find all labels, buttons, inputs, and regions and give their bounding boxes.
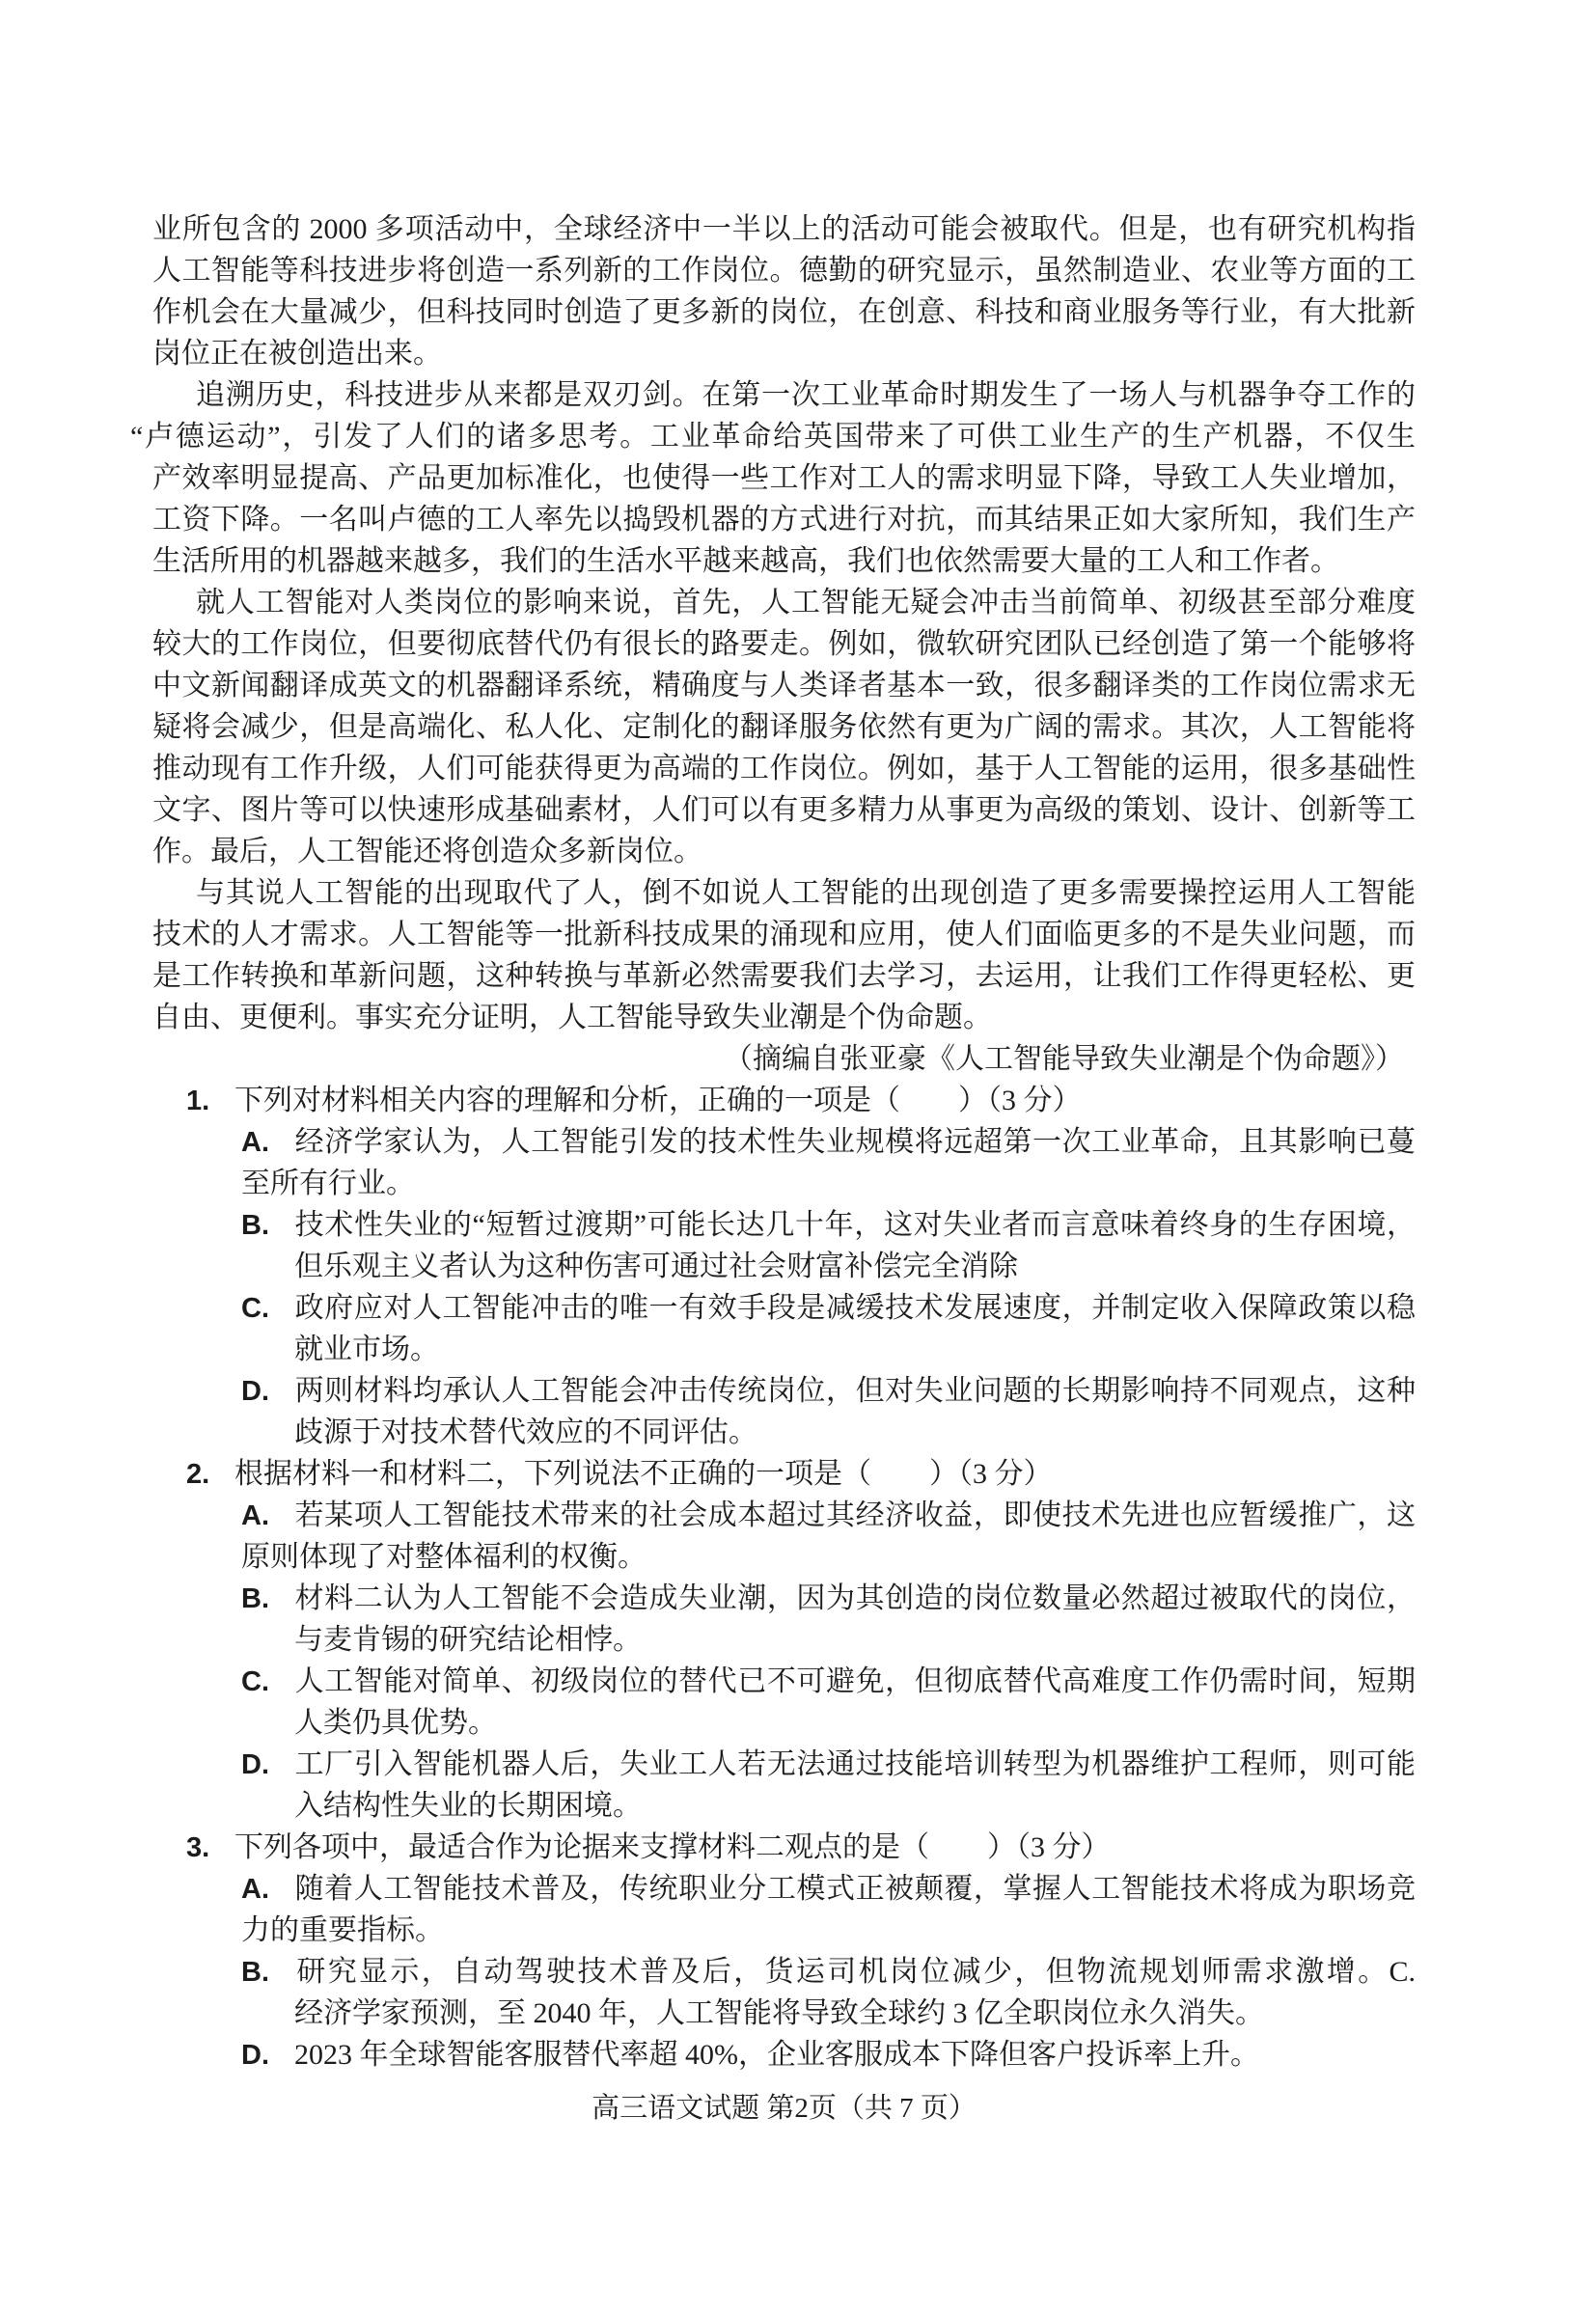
text-line: 追溯历史，科技进步从来都是双刃剑。在第一次工业革命时期发生了一场人与机器争夺工作… [152, 374, 1416, 416]
option-line: A.若某项人工智能技术带来的社会成本超过其经济收益，即使技术先进也应暂缓推广，这… [152, 1495, 1416, 1536]
text-line: 就业市场。 [152, 1329, 1416, 1370]
option-letter: B. [241, 1205, 294, 1246]
text-line: 但乐观主义者认为这种伤害可通过社会财富补偿完全消除 [152, 1246, 1416, 1287]
text-line: 作。最后，人工智能还将创造众多新岗位。 [152, 831, 1416, 872]
text-line: 与其说人工智能的出现取代了人，倒不如说人工智能的出现创造了更多需要操控运用人工智… [152, 872, 1416, 914]
text-line: 生活所用的机器越来越多，我们的生活水平越来越高，我们也依然需要大量的工人和工作者… [152, 540, 1416, 582]
text-line: 作机会在大量减少，但科技同时创造了更多新的岗位，在创意、科技和商业服务等行业，有… [152, 291, 1416, 333]
option-letter: B. [241, 1579, 294, 1619]
option-line: B.材料二认为人工智能不会造成失业潮，因为其创造的岗位数量必然超过被取代的岗位，… [152, 1578, 1416, 1619]
question-stem-line: 3.下列各项中，最适合作为论据来支撑材料二观点的是（ ）（3 分） [152, 1827, 1416, 1868]
text-line: “卢德运动”，引发了人们的诸多思考。工业革命给英国带来了可供工业生产的生产机器，… [130, 416, 1416, 457]
option-line: D.2023 年全球智能客服替代率超 40%，企业客服成本下降但客户投诉率上升。 [152, 2034, 1416, 2076]
option-line: C.政府应对人工智能冲击的唯一有效手段是减缓技术发展速度，并制定收入保障政策以稳… [152, 1287, 1416, 1329]
text-line: 技术的人才需求。人工智能等一批新科技成果的涌现和应用，使人们面临更多的不是失业问… [152, 914, 1416, 955]
option-letter: B. [241, 1952, 294, 1993]
option-letter: C. [241, 1662, 294, 1702]
text-line: 歧源于对技术替代效应的不同评估。 [152, 1412, 1416, 1453]
text-line: 人工智能等科技进步将创造一系列新的工作岗位。德勤的研究显示，虽然制造业、农业等方… [152, 250, 1416, 291]
text-line: 力的重要指标。 [152, 1910, 1416, 1951]
option-line: B.研究显示，自动驾驶技术普及后，货运司机岗位减少，但物流规划师需求激增。C. [152, 1951, 1416, 1993]
text-line: 自由、更便利。事实充分证明，人工智能导致失业潮是个伪命题。 [152, 997, 1416, 1038]
text-line: 业所包含的 2000 多项活动中，全球经济中一半以上的活动可能会被取代。但是，也… [152, 208, 1416, 250]
option-line: A.随着人工智能技术普及，传统职业分工模式正被颠覆，掌握人工智能技术将成为职场竞… [152, 1868, 1416, 1910]
option-line: D.两则材料均承认人工智能会冲击传统岗位，但对失业问题的长期影响持不同观点，这种… [152, 1370, 1416, 1412]
option-letter: D. [241, 2035, 294, 2076]
text-line: 推动现有工作升级，人们可能获得更为高端的工作岗位。例如，基于人工智能的运用，很多… [152, 748, 1416, 789]
text-line: 原则体现了对整体福利的权衡。 [152, 1536, 1416, 1578]
exam-page: 业所包含的 2000 多项活动中，全球经济中一半以上的活动可能会被取代。但是，也… [0, 0, 1596, 2310]
option-letter: A. [241, 1122, 294, 1163]
question-number: 1. [186, 1081, 234, 1122]
text-line: 人类仍具优势。 [152, 1702, 1416, 1744]
text-line: 与麦肯锡的研究结论相悖。 [152, 1619, 1416, 1661]
question-number: 3. [186, 1828, 234, 1869]
question-number: 2. [186, 1454, 234, 1496]
text-line: 文字、图片等可以快速形成基础素材，人们可以有更多精力从事更为高级的策划、设计、创… [152, 789, 1416, 831]
page-footer: 高三语文试题 第2页（共 7 页） [152, 2092, 1416, 2125]
option-letter: C. [241, 1288, 294, 1329]
option-letter: A. [241, 1869, 294, 1910]
text-line: （摘编自张亚豪《人工智能导致失业潮是个伪命题》） [152, 1038, 1416, 1080]
text-line: 岗位正在被创造出来。 [152, 333, 1416, 374]
text-line: 产效率明显提高、产品更加标准化，也使得一些工作对工人的需求明显下降，导致工人失业… [152, 457, 1416, 499]
question-stem-line: 2.根据材料一和材料二，下列说法不正确的一项是（ ）（3 分） [152, 1453, 1416, 1495]
option-line: C.人工智能对简单、初级岗位的替代已不可避免，但彻底替代高难度工作仍需时间，短期… [152, 1661, 1416, 1702]
text-line: 工资下降。一名叫卢德的工人率先以捣毁机器的方式进行对抗，而其结果正如大家所知，我… [152, 499, 1416, 540]
option-line: B.技术性失业的“短暂过渡期”可能长达几十年，这对失业者而言意味着终身的生存困境… [152, 1204, 1416, 1246]
option-line: A.经济学家认为，人工智能引发的技术性失业规模将远超第一次工业革命，且其影响已蔓… [152, 1121, 1416, 1163]
text-line: 较大的工作岗位，但要彻底替代仍有很长的路要走。例如，微软研究团队已经创造了第一个… [152, 623, 1416, 665]
text-line: 中文新闻翻译成英文的机器翻译系统，精确度与人类译者基本一致，很多翻译类的工作岗位… [152, 665, 1416, 706]
text-line: 疑将会减少，但是高端化、私人化、定制化的翻译服务依然有更为广阔的需求。其次，人工… [152, 706, 1416, 748]
option-letter: D. [241, 1371, 294, 1412]
text-line: 至所有行业。 [152, 1163, 1416, 1204]
text-line: 就人工智能对人类岗位的影响来说，首先，人工智能无疑会冲击当前简单、初级甚至部分难… [152, 582, 1416, 623]
page-body: 业所包含的 2000 多项活动中，全球经济中一半以上的活动可能会被取代。但是，也… [152, 208, 1416, 2076]
text-line: 入结构性失业的长期困境。 [152, 1785, 1416, 1827]
option-letter: A. [241, 1496, 294, 1536]
question-stem-line: 1.下列对材料相关内容的理解和分析，正确的一项是（ ）（3 分） [152, 1080, 1416, 1121]
text-line: 经济学家预测，至 2040 年，人工智能将导致全球约 3 亿全职岗位永久消失。 [152, 1993, 1416, 2034]
text-line: 是工作转换和革新问题，这种转换与革新必然需要我们去学习，去运用，让我们工作得更轻… [152, 955, 1416, 997]
option-line: D.工厂引入智能机器人后，失业工人若无法通过技能培训转型为机器维护工程师，则可能… [152, 1744, 1416, 1785]
option-letter: D. [241, 1745, 294, 1785]
